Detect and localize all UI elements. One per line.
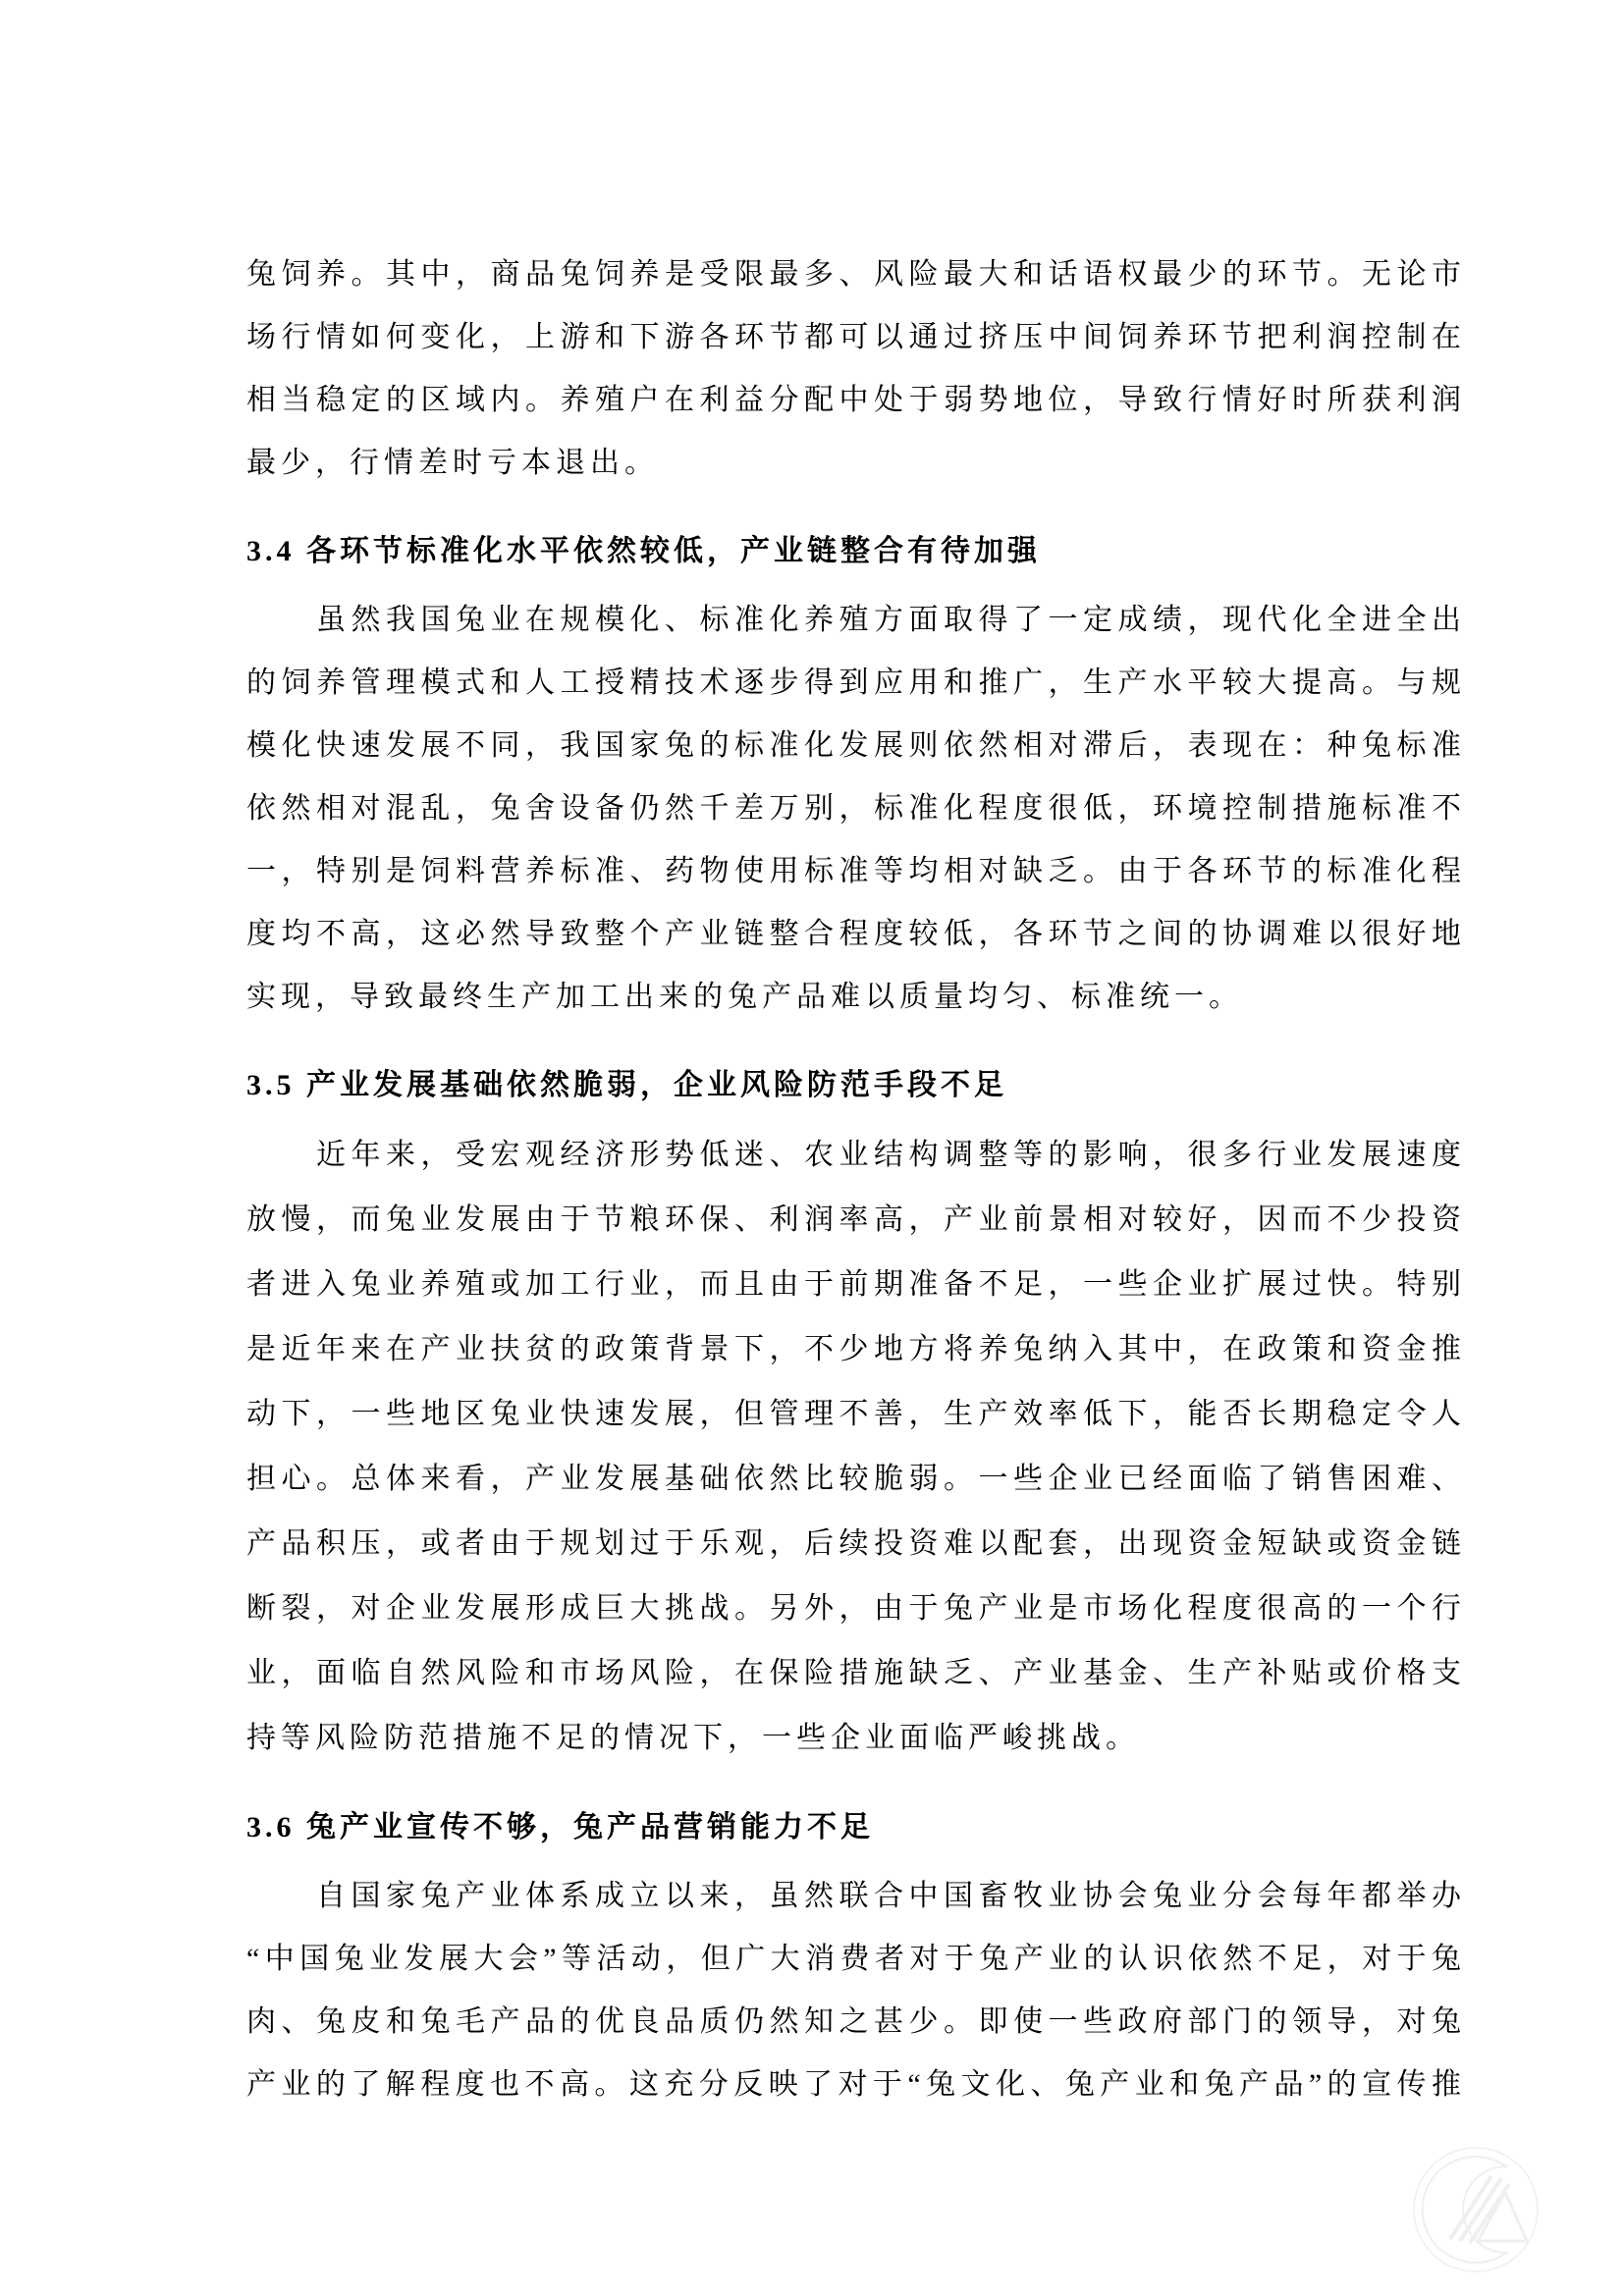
text-line: 场行情如何变化，上游和下游各环节都可以通过挤压中间饲养环节把利润控制在 [246, 306, 1466, 369]
text-line: 产品积压，或者由于规划过于乐观，后续投资难以配套，出现资金短缺或资金链 [246, 1512, 1466, 1576]
text-line: 的饲养管理模式和人工授精技术逐步得到应用和推广，生产水平较大提高。与规 [246, 652, 1466, 715]
text-line: 是近年来在产业扶贫的政策背景下，不少地方将养兔纳入其中，在政策和资金推 [246, 1317, 1466, 1382]
text-line: “中国兔业发展大会”等活动，但广大消费者对于兔产业的认识依然不足，对于兔 [246, 1928, 1466, 1991]
text-line: 放慢，而兔业发展由于节粮环保、利润率高，产业前景相对较好，因而不少投资 [246, 1188, 1466, 1253]
section-heading-3-4: 3.4 各环节标准化水平依然较低，产业链整合有待加强 [246, 520, 1466, 583]
text-line: 兔饲养。其中，商品兔饲养是受限最多、风险最大和话语权最少的环节。无论市 [246, 243, 1466, 306]
text-line: 度均不高，这必然导致整个产业链整合程度较低，各环节之间的协调难以很好地 [246, 903, 1466, 966]
paragraph-continuation: 兔饲养。其中，商品兔饲养是受限最多、风险最大和话语权最少的环节。无论市 场行情如… [246, 243, 1466, 495]
text-line: 业，面临自然风险和市场风险，在保险措施缺乏、产业基金、生产补贴或价格支 [246, 1641, 1466, 1706]
text-line: 产业的了解程度也不高。这充分反映了对于“兔文化、兔产业和兔产品”的宣传推 [246, 2054, 1466, 2116]
paragraph-marketing: 自国家兔产业体系成立以来，虽然联合中国畜牧业协会兔业分会每年都举办 “中国兔业发… [246, 1865, 1466, 2116]
text-line: 者进入兔业养殖或加工行业，而且由于前期准备不足，一些企业扩展过快。特别 [246, 1253, 1466, 1317]
section-heading-3-6: 3.6 兔产业宣传不够，兔产品营销能力不足 [246, 1796, 1466, 1859]
text-line: 一，特别是饲料营养标准、药物使用标准等均相对缺乏。由于各环节的标准化程 [246, 840, 1466, 903]
text-line: 实现，导致最终生产加工出来的兔产品难以质量均匀、标准统一。 [246, 966, 1466, 1029]
watermark-logo [1411, 2145, 1541, 2274]
text-line: 相当稳定的区域内。养殖户在利益分配中处于弱势地位，导致行情好时所获利润 [246, 369, 1466, 432]
text-line: 近年来，受宏观经济形势低迷、农业结构调整等的影响，很多行业发展速度 [246, 1123, 1466, 1188]
text-line: 虽然我国兔业在规模化、标准化养殖方面取得了一定成绩，现代化全进全出 [246, 589, 1466, 652]
document-page: 兔饲养。其中，商品兔饲养是受限最多、风险最大和话语权最少的环节。无论市 场行情如… [0, 0, 1624, 2296]
text-line: 依然相对混乱，兔舍设备仍然千差万别，标准化程度很低，环境控制措施标准不 [246, 777, 1466, 840]
circular-logo-icon [1411, 2145, 1541, 2274]
text-line: 持等风险防范措施不足的情况下，一些企业面临严峻挑战。 [246, 1706, 1466, 1771]
paragraph-industry-foundation: 近年来，受宏观经济形势低迷、农业结构调整等的影响，很多行业发展速度 放慢，而兔业… [246, 1123, 1466, 1771]
text-line: 自国家兔产业体系成立以来，虽然联合中国畜牧业协会兔业分会每年都举办 [246, 1865, 1466, 1928]
paragraph-standardization: 虽然我国兔业在规模化、标准化养殖方面取得了一定成绩，现代化全进全出 的饲养管理模… [246, 589, 1466, 1029]
text-line: 最少，行情差时亏本退出。 [246, 432, 1466, 495]
text-line: 动下，一些地区兔业快速发展，但管理不善，生产效率低下，能否长期稳定令人 [246, 1382, 1466, 1447]
text-line: 断裂，对企业发展形成巨大挑战。另外，由于兔产业是市场化程度很高的一个行 [246, 1576, 1466, 1641]
section-heading-3-5: 3.5 产业发展基础依然脆弱，企业风险防范手段不足 [246, 1054, 1466, 1117]
page-body: 兔饲养。其中，商品兔饲养是受限最多、风险最大和话语权最少的环节。无论市 场行情如… [246, 243, 1466, 2116]
text-line: 肉、兔皮和兔毛产品的优良品质仍然知之甚少。即使一些政府部门的领导，对兔 [246, 1991, 1466, 2054]
text-line: 担心。总体来看，产业发展基础依然比较脆弱。一些企业已经面临了销售困难、 [246, 1447, 1466, 1512]
text-line: 模化快速发展不同，我国家兔的标准化发展则依然相对滞后，表现在：种兔标准 [246, 715, 1466, 777]
